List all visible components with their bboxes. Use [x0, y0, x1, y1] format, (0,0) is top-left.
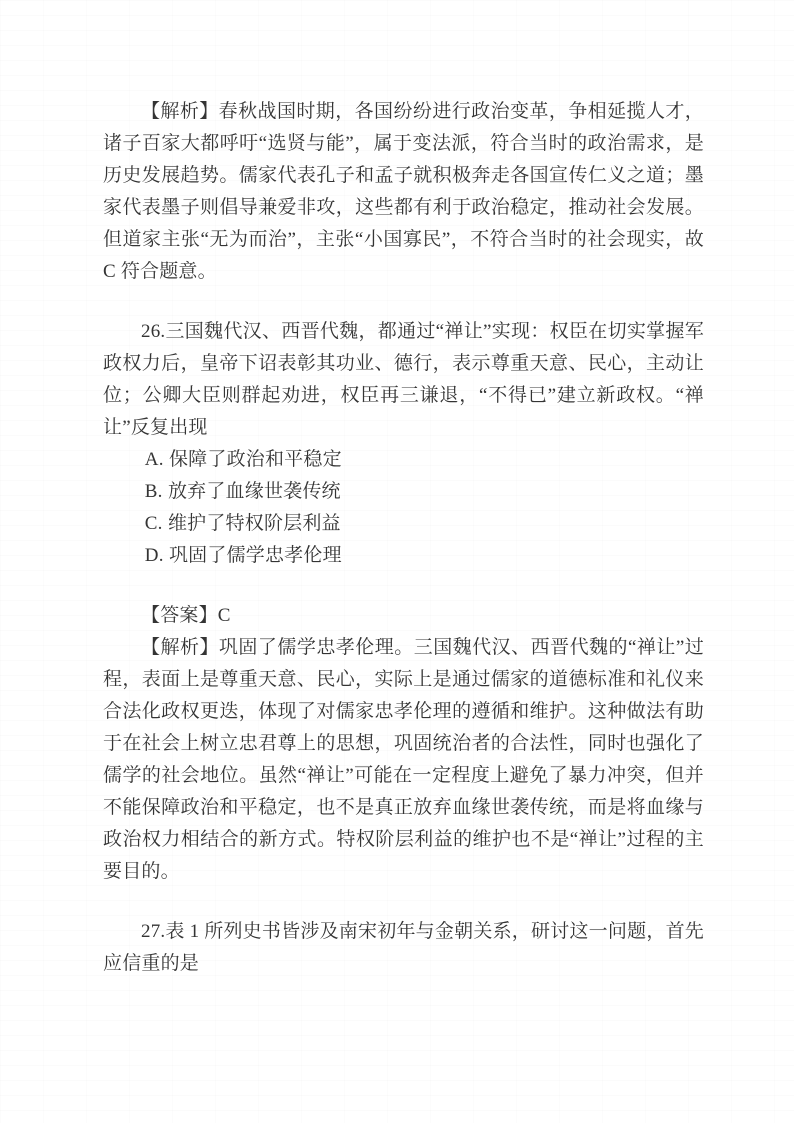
- option-c-letter: C.: [145, 513, 163, 534]
- page-content: 【解析】春秋战国时期，各国纷纷进行政治变革，争相延揽人才，诸子百家大都呼吁“选贤…: [103, 96, 704, 980]
- option-b-letter: B.: [145, 481, 163, 502]
- paragraph-q26-stem: 26.三国魏代汉、西晋代魏，都通过“禅让”实现：权臣在切实掌握军政权力后，皇帝下…: [103, 316, 704, 444]
- option-d: D.巩固了儒学忠孝伦理: [103, 540, 704, 572]
- option-a: A.保障了政治和平稳定: [103, 444, 704, 476]
- option-d-text: 巩固了儒学忠孝伦理: [169, 545, 342, 566]
- q26-options-list: A.保障了政治和平稳定 B.放弃了血缘世袭传统 C.维护了特权阶层利益 D.巩固…: [103, 444, 704, 572]
- option-b: B.放弃了血缘世袭传统: [103, 476, 704, 508]
- q26-answer-line: 【答案】C: [103, 600, 704, 632]
- option-a-text: 保障了政治和平稳定: [169, 449, 342, 470]
- option-c: C.维护了特权阶层利益: [103, 508, 704, 540]
- document-page: 【解析】春秋战国时期，各国纷纷进行政治变革，争相延揽人才，诸子百家大都呼吁“选贤…: [0, 0, 794, 1123]
- option-d-letter: D.: [145, 545, 164, 566]
- option-c-text: 维护了特权阶层利益: [168, 513, 341, 534]
- option-a-letter: A.: [145, 449, 164, 470]
- paragraph-q25-analysis: 【解析】春秋战国时期，各国纷纷进行政治变革，争相延揽人才，诸子百家大都呼吁“选贤…: [103, 96, 704, 288]
- paragraph-q27-stem: 27.表 1 所列史书皆涉及南宋初年与金朝关系，研讨这一问题，首先应信重的是: [103, 916, 704, 980]
- paragraph-q26-analysis: 【解析】巩固了儒学忠孝伦理。三国魏代汉、西晋代魏的“禅让”过程，表面上是尊重天意…: [103, 632, 704, 888]
- option-b-text: 放弃了血缘世袭传统: [168, 481, 341, 502]
